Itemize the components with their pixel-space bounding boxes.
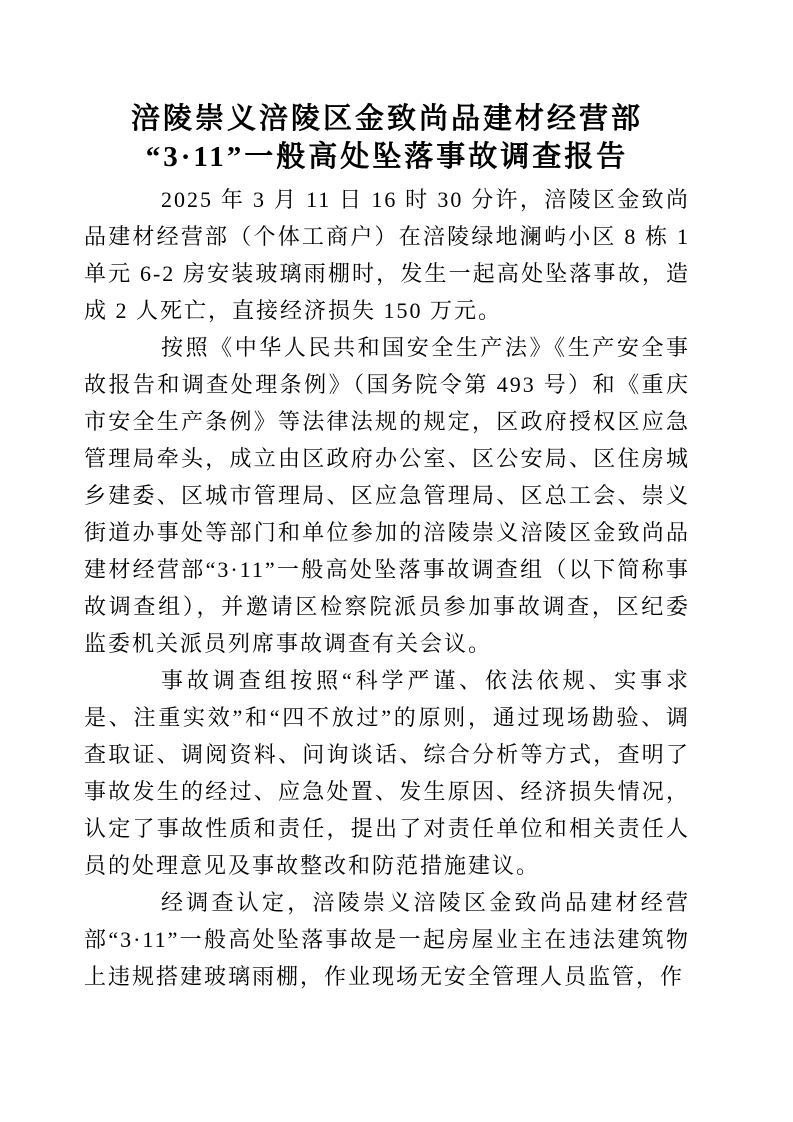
paragraph-investigation-team: 按照《中华人民共和国安全生产法》《生产安全事故报告和调查处理条例》（国务院令第 … xyxy=(84,329,690,662)
report-title-line-2: “3·11”一般高处坠落事故调查报告 xyxy=(84,138,690,176)
paragraph-accident-summary: 2025 年 3 月 11 日 16 时 30 分许，涪陵区金致尚品建材经营部（… xyxy=(84,181,690,329)
paragraph-investigation-method: 事故调查组按照“科学严谨、依法依规、实事求是、注重实效”和“四不放过”的原则，通… xyxy=(84,662,690,884)
report-title-line-1: 涪陵崇义涪陵区金致尚品建材经营部 xyxy=(84,100,690,138)
report-body: 2025 年 3 月 11 日 16 时 30 分许，涪陵区金致尚品建材经营部（… xyxy=(84,181,690,995)
report-title: 涪陵崇义涪陵区金致尚品建材经营部 “3·11”一般高处坠落事故调查报告 xyxy=(84,100,690,176)
paragraph-findings: 经调查认定，涪陵崇义涪陵区金致尚品建材经营部“3·11”一般高处坠落事故是一起房… xyxy=(84,884,690,995)
document-page: 涪陵崇义涪陵区金致尚品建材经营部 “3·11”一般高处坠落事故调查报告 2025… xyxy=(0,0,793,1122)
